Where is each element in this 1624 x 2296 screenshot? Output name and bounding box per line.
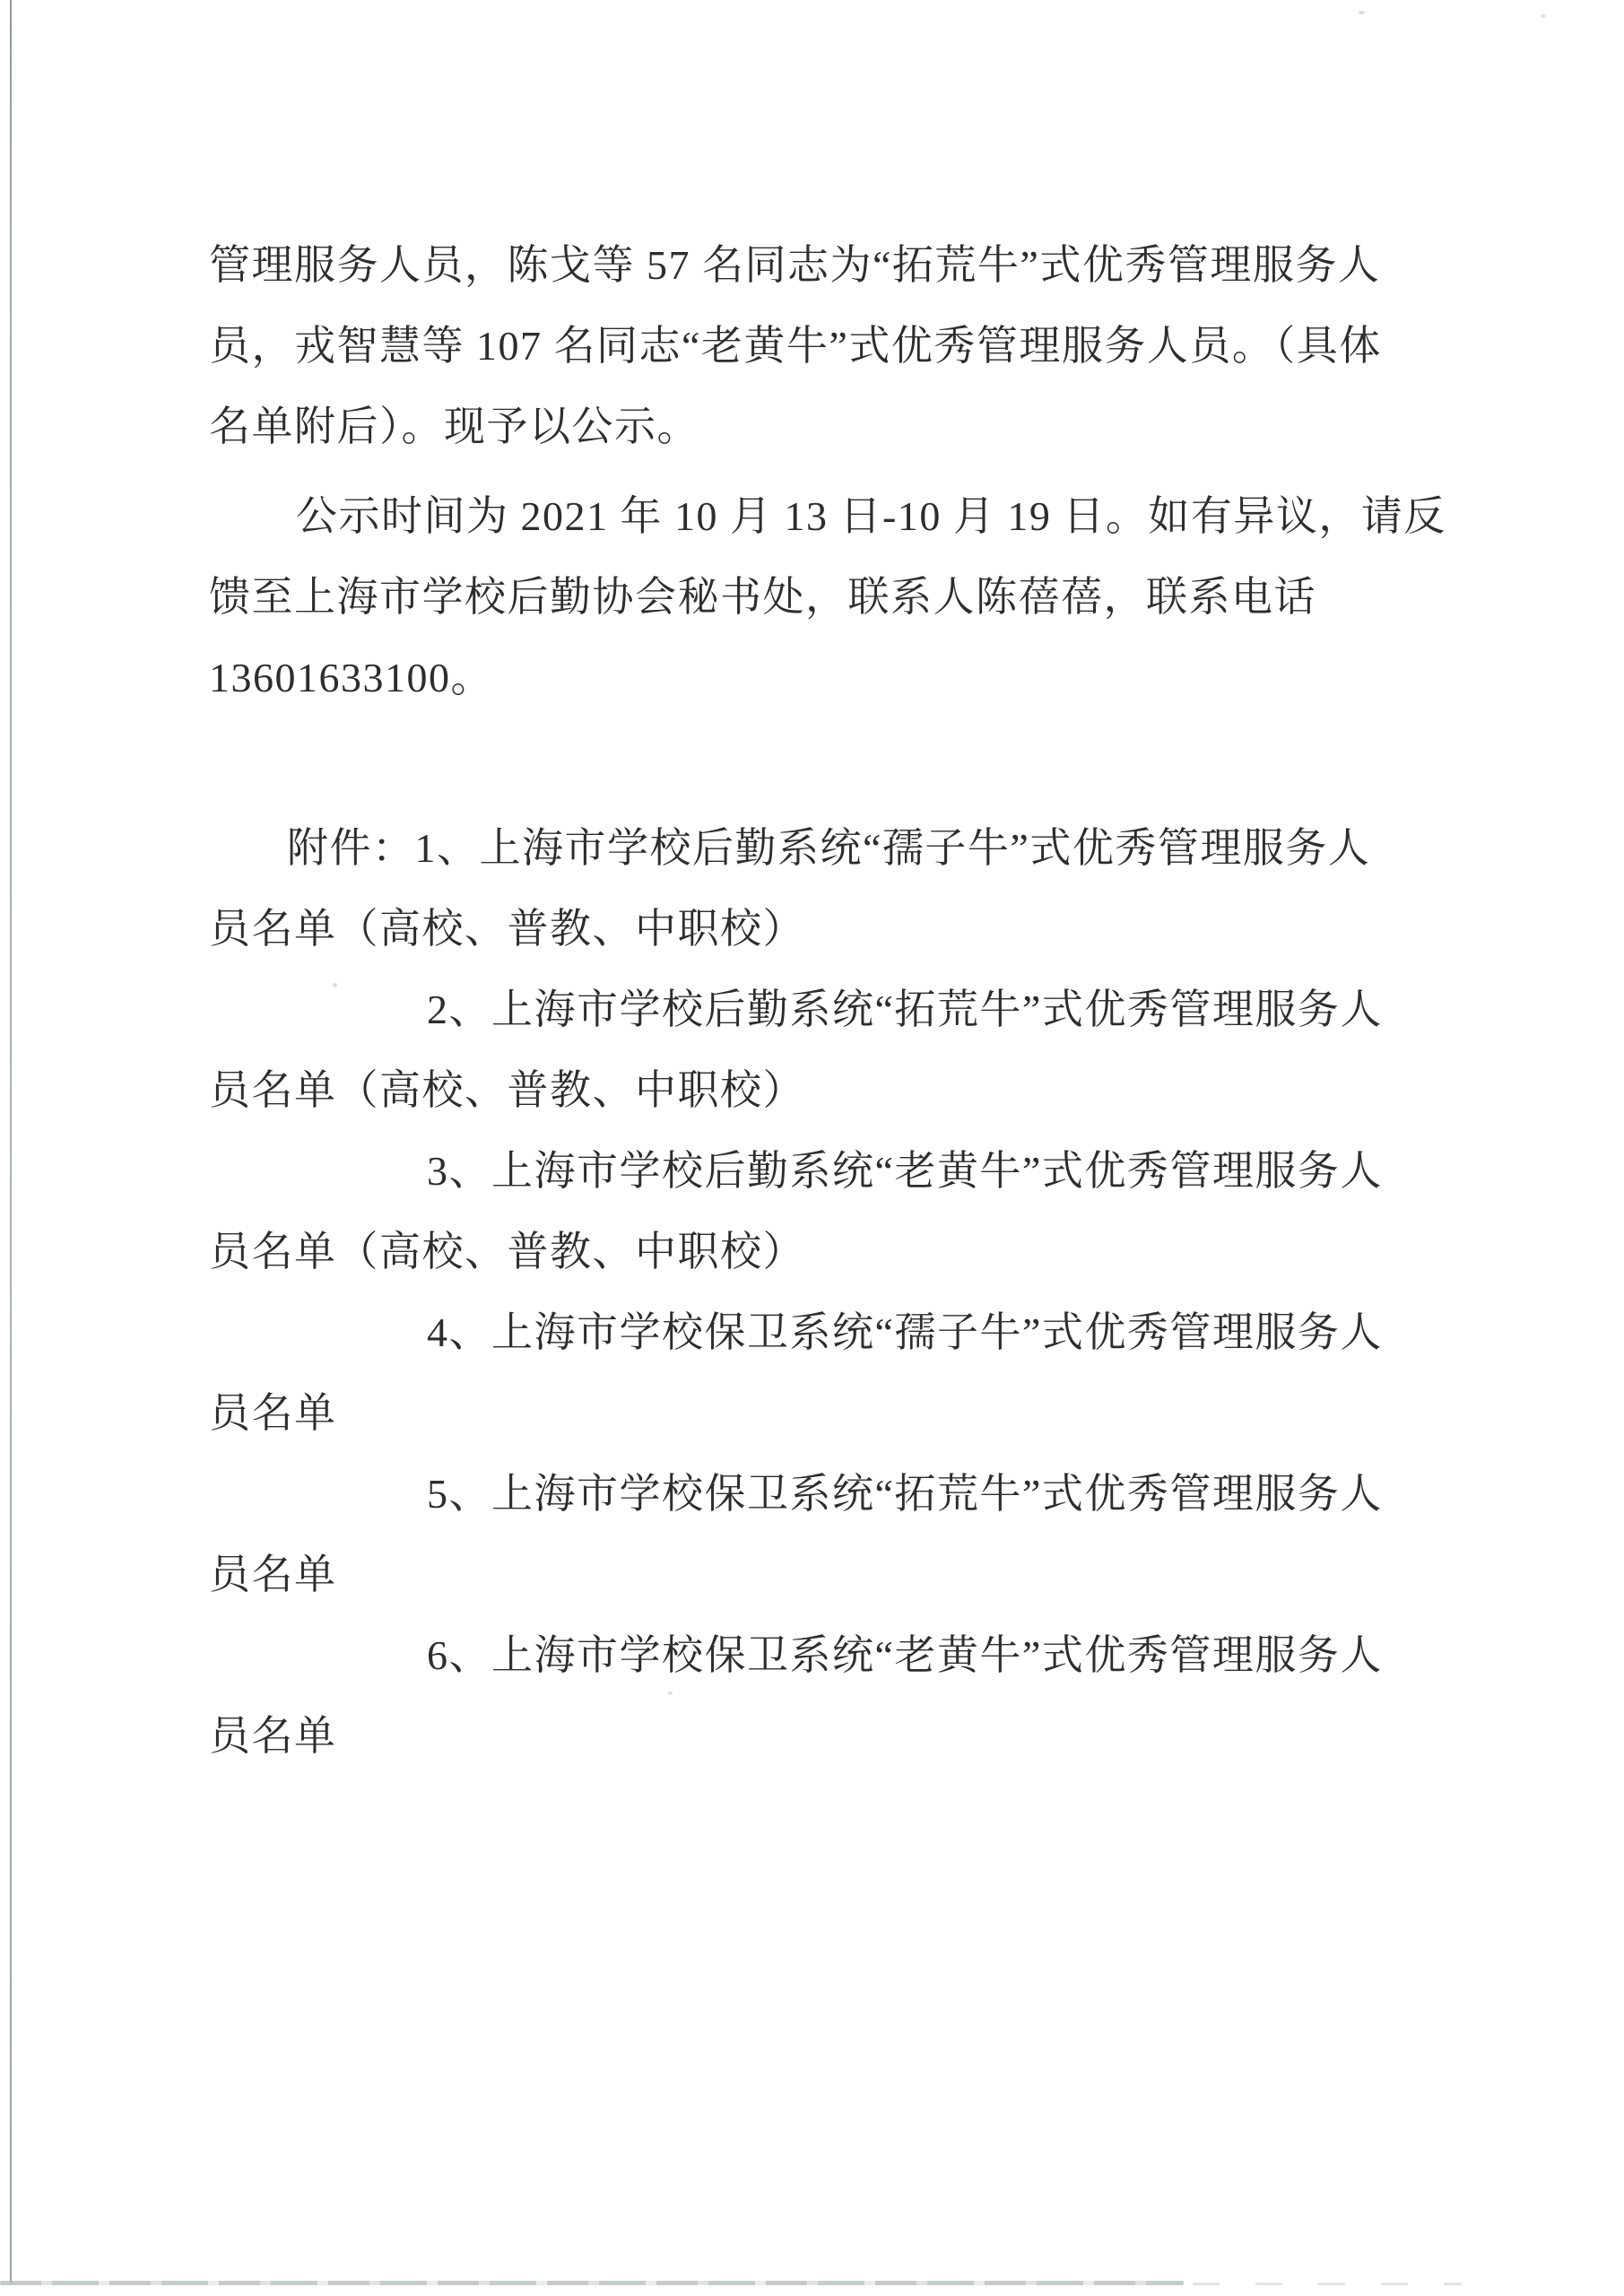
doc-line: 员名单: [209, 1696, 1433, 1777]
doc-line: 13601633100。: [209, 638, 1433, 718]
doc-line-attachment-5: 5、上海市学校保卫系统“拓荒牛”式优秀管理服务人: [209, 1454, 1433, 1535]
document-body: 管理服务人员，陈戈等 57 名同志为“拓荒牛”式优秀管理服务人 员，戎智慧等 1…: [209, 225, 1433, 1777]
doc-line: 员，戎智慧等 107 名同志“老黄牛”式优秀管理服务人员。（具体: [209, 306, 1433, 387]
doc-line: 员名单（高校、普教、中职校）: [209, 889, 1433, 970]
scan-bottom-streak-tail: [1193, 2283, 1462, 2285]
doc-line: 公示时间为 2021 年 10 月 13 日-10 月 19 日。如有异议，请反: [209, 476, 1433, 557]
doc-line: 员名单: [209, 1535, 1433, 1615]
doc-line-attachment-4: 4、上海市学校保卫系统“孺子牛”式优秀管理服务人: [209, 1292, 1433, 1373]
doc-line: 员名单: [209, 1373, 1433, 1454]
doc-line: 员名单（高校、普教、中职校）: [209, 1212, 1433, 1292]
scan-speck: [668, 1692, 673, 1695]
doc-line: 名单附后）。现予以公示。: [209, 387, 1433, 467]
scan-speck: [1541, 14, 1546, 18]
page-sheet: 管理服务人员，陈戈等 57 名同志为“拓荒牛”式优秀管理服务人 员，戎智慧等 1…: [0, 0, 1624, 2296]
doc-line: 员名单（高校、普教、中职校）: [209, 1050, 1433, 1131]
doc-line: 馈至上海市学校后勤协会秘书处，联系人陈蓓蓓，联系电话: [209, 557, 1433, 638]
doc-line-attachment-3: 3、上海市学校后勤系统“老黄牛”式优秀管理服务人: [209, 1131, 1433, 1212]
scan-speck: [1359, 11, 1365, 14]
scanned-document-page: { "page": { "kind": "scanned official no…: [0, 0, 1624, 2296]
doc-line-attachment-2: 2、上海市学校后勤系统“拓荒牛”式优秀管理服务人: [209, 970, 1433, 1050]
doc-line-attachment-1: 附件：1、上海市学校后勤系统“孺子牛”式优秀管理服务人: [209, 808, 1433, 889]
scan-bottom-streak: [0, 2281, 1184, 2285]
scan-edge-line: [10, 0, 12, 2283]
doc-line-attachment-6: 6、上海市学校保卫系统“老黄牛”式优秀管理服务人: [209, 1615, 1433, 1696]
doc-line: 管理服务人员，陈戈等 57 名同志为“拓荒牛”式优秀管理服务人: [209, 225, 1433, 306]
scan-speck: [333, 983, 337, 987]
